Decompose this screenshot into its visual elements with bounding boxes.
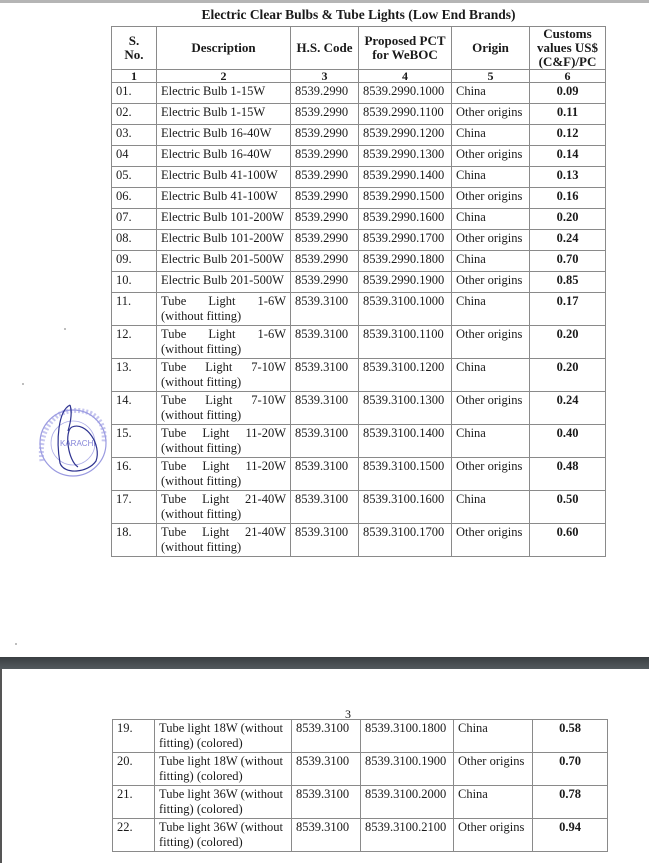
serial-number: 02. [112,104,157,125]
column-number: 4 [359,70,452,83]
customs-value: 0.50 [530,491,606,524]
proposed-pct: 8539.3100.1000 [359,293,452,326]
customs-value: 0.94 [533,819,608,852]
serial-number: 18. [112,524,157,557]
customs-value: 0.24 [530,230,606,251]
origin: China [452,293,530,326]
description-line: (without fitting) [161,408,241,422]
table-row: 21.Tube light 36W (withoutfitting) (colo… [113,786,608,819]
hs-code: 8539.3100 [291,458,359,491]
description-word: 1-6W [258,327,286,342]
description: TubeLight1-6W(without fitting) [157,293,291,326]
description: Electric Bulb 1-15W [157,104,291,125]
header-sno: S.No. [112,27,157,70]
proposed-pct: 8539.2990.1500 [359,188,452,209]
table-row: 16.TubeLight11-20W(without fitting)8539.… [112,458,606,491]
table-row: 07.Electric Bulb 101-200W8539.29908539.2… [112,209,606,230]
description: TubeLight1-6W(without fitting) [157,326,291,359]
customs-stamp-icon: KARACHI [28,401,118,481]
table-row: 15.TubeLight11-20W(without fitting)8539.… [112,425,606,458]
customs-value: 0.70 [530,251,606,272]
description-word: 7-10W [251,360,286,375]
hs-code: 8539.3100 [291,293,359,326]
serial-number: 06. [112,188,157,209]
origin: China [454,786,533,819]
hs-code: 8539.2990 [291,188,359,209]
hs-code: 8539.3100 [292,786,361,819]
description-line: (without fitting) [161,342,241,356]
description: Electric Bulb 1-15W [157,83,291,104]
description-word: Light [202,492,229,507]
customs-value: 0.78 [533,786,608,819]
origin: Other origins [452,458,530,491]
origin: China [452,209,530,230]
table-row: 04Electric Bulb 16-40W8539.29908539.2990… [112,146,606,167]
description-line: Tube light 36W (without [159,787,283,801]
description-word: Light [202,459,229,474]
customs-value: 0.70 [533,753,608,786]
customs-values-table-continued: 19.Tube light 18W (withoutfitting) (colo… [112,719,608,852]
proposed-pct: 8539.2990.1900 [359,272,452,293]
description-line: Tube light 36W (without [159,820,283,834]
description-word: 7-10W [251,393,286,408]
table-row: 05.Electric Bulb 41-100W8539.29908539.29… [112,167,606,188]
table-row: 10.Electric Bulb 201-500W8539.29908539.2… [112,272,606,293]
document-page-1: Electric Clear Bulbs & Tube Lights (Low … [0,0,649,657]
serial-number: 09. [112,251,157,272]
serial-number: 03. [112,125,157,146]
table-header-row: S.No. Description H.S. Code Proposed PCT… [112,27,606,70]
origin: China [452,359,530,392]
origin: Other origins [452,188,530,209]
table-row: 22.Tube light 36W (withoutfitting) (colo… [113,819,608,852]
serial-number: 20. [113,753,155,786]
description-word: Tube [161,294,186,309]
description-word: Light [208,294,235,309]
header-origin: Origin [452,27,530,70]
serial-number: 21. [113,786,155,819]
serial-number: 12. [112,326,157,359]
customs-value: 0.20 [530,209,606,230]
description-word: Tube [161,393,186,408]
description-line: (without fitting) [161,507,241,521]
origin: Other origins [452,146,530,167]
column-number: 1 [112,70,157,83]
description-word: Tube [161,327,186,342]
proposed-pct: 8539.3100.1100 [359,326,452,359]
hs-code: 8539.2990 [291,104,359,125]
origin: Other origins [452,326,530,359]
serial-number: 11. [112,293,157,326]
hs-code: 8539.2990 [291,230,359,251]
hs-code: 8539.2990 [291,146,359,167]
serial-number: 05. [112,167,157,188]
description-word: 11-20W [246,459,287,474]
hs-code: 8539.3100 [291,524,359,557]
serial-number: 13. [112,359,157,392]
proposed-pct: 8539.3100.2100 [361,819,454,852]
description-line: (without fitting) [161,309,241,323]
origin: China [452,167,530,188]
description: TubeLight11-20W(without fitting) [157,458,291,491]
customs-value: 0.12 [530,125,606,146]
description: Tube light 36W (withoutfitting) (colored… [155,819,292,852]
table-row: 12.TubeLight1-6W(without fitting)8539.31… [112,326,606,359]
description-word: Tube [161,492,186,507]
origin: Other origins [452,104,530,125]
proposed-pct: 8539.2990.1400 [359,167,452,188]
proposed-pct: 8539.3100.1200 [359,359,452,392]
origin: Other origins [452,524,530,557]
description: Electric Bulb 101-200W [157,209,291,230]
proposed-pct: 8539.2990.1300 [359,146,452,167]
origin: China [452,491,530,524]
origin: China [452,83,530,104]
serial-number: 14. [112,392,157,425]
origin: Other origins [454,753,533,786]
serial-number: 19. [113,720,155,753]
proposed-pct: 8539.3100.1600 [359,491,452,524]
origin: Other origins [454,819,533,852]
hs-code: 8539.3100 [292,819,361,852]
origin: China [452,125,530,146]
description-word: Tube [161,360,186,375]
proposed-pct: 8539.3100.1400 [359,425,452,458]
customs-value: 0.48 [530,458,606,491]
table-row: 14.TubeLight7-10W(without fitting)8539.3… [112,392,606,425]
description-line: (without fitting) [161,540,241,554]
serial-number: 10. [112,272,157,293]
description: Electric Bulb 201-500W [157,251,291,272]
proposed-pct: 8539.2990.1600 [359,209,452,230]
origin: China [452,251,530,272]
description-word: Tube [161,426,186,441]
column-number: 2 [157,70,291,83]
description-word: Light [205,360,232,375]
description: Electric Bulb 16-40W [157,146,291,167]
table-row: 06.Electric Bulb 41-100W8539.29908539.29… [112,188,606,209]
table-row: 01.Electric Bulb 1-15W8539.29908539.2990… [112,83,606,104]
hs-code: 8539.3100 [291,326,359,359]
proposed-pct: 8539.3100.2000 [361,786,454,819]
scan-speck [22,383,24,385]
customs-value: 0.60 [530,524,606,557]
table-row: 09.Electric Bulb 201-500W8539.29908539.2… [112,251,606,272]
description: TubeLight7-10W(without fitting) [157,392,291,425]
proposed-pct: 8539.2990.1100 [359,104,452,125]
customs-value: 0.09 [530,83,606,104]
table-row: 03.Electric Bulb 16-40W8539.29908539.299… [112,125,606,146]
serial-number: 04 [112,146,157,167]
table-row: 17.TubeLight21-40W(without fitting)8539.… [112,491,606,524]
description-line: Tube light 18W (without [159,754,283,768]
description: Electric Bulb 201-500W [157,272,291,293]
origin: Other origins [452,272,530,293]
serial-number: 08. [112,230,157,251]
customs-value: 0.11 [530,104,606,125]
column-number-row: 1 2 3 4 5 6 [112,70,606,83]
customs-values-table: S.No. Description H.S. Code Proposed PCT… [111,26,606,557]
hs-code: 8539.2990 [291,251,359,272]
description-line: fitting) (colored) [159,769,243,783]
hs-code: 8539.3100 [291,392,359,425]
customs-value: 0.58 [533,720,608,753]
proposed-pct: 8539.3100.1300 [359,392,452,425]
description: Tube light 18W (withoutfitting) (colored… [155,753,292,786]
proposed-pct: 8539.3100.1500 [359,458,452,491]
document-page-2: 3 19.Tube light 18W (withoutfitting) (co… [0,669,649,863]
description: TubeLight11-20W(without fitting) [157,425,291,458]
origin: China [452,425,530,458]
proposed-pct: 8539.2990.1000 [359,83,452,104]
scan-speck [15,643,17,645]
serial-number: 01. [112,83,157,104]
customs-value: 0.24 [530,392,606,425]
page-separator [0,657,649,669]
header-description: Description [157,27,291,70]
column-number: 3 [291,70,359,83]
origin: Other origins [452,230,530,251]
description-line: (without fitting) [161,375,241,389]
table-row: 20.Tube light 18W (withoutfitting) (colo… [113,753,608,786]
hs-code: 8539.2990 [291,125,359,146]
hs-code: 8539.3100 [292,753,361,786]
hs-code: 8539.2990 [291,83,359,104]
customs-value: 0.20 [530,326,606,359]
origin: Other origins [452,392,530,425]
description-word: Light [205,393,232,408]
hs-code: 8539.2990 [291,209,359,230]
description: TubeLight7-10W(without fitting) [157,359,291,392]
customs-value: 0.17 [530,293,606,326]
table-row: 13.TubeLight7-10W(without fitting)8539.3… [112,359,606,392]
hs-code: 8539.2990 [291,167,359,188]
table-row: 02.Electric Bulb 1-15W8539.29908539.2990… [112,104,606,125]
description-word: Light [202,426,229,441]
description-line: fitting) (colored) [159,802,243,816]
proposed-pct: 8539.2990.1800 [359,251,452,272]
header-proposed-pct: Proposed PCTfor WeBOC [359,27,452,70]
serial-number: 07. [112,209,157,230]
serial-number: 15. [112,425,157,458]
description: Electric Bulb 16-40W [157,125,291,146]
customs-value: 0.40 [530,425,606,458]
description-word: Light [208,327,235,342]
serial-number: 22. [113,819,155,852]
description-line: fitting) (colored) [159,835,243,849]
table-row: 11.TubeLight1-6W(without fitting)8539.31… [112,293,606,326]
customs-value: 0.14 [530,146,606,167]
hs-code: 8539.3100 [291,491,359,524]
serial-number: 16. [112,458,157,491]
column-number: 6 [530,70,606,83]
description-line: (without fitting) [161,441,241,455]
description-line: (without fitting) [161,474,241,488]
column-number: 5 [452,70,530,83]
serial-number: 17. [112,491,157,524]
description: Electric Bulb 41-100W [157,188,291,209]
table-row: 08.Electric Bulb 101-200W8539.29908539.2… [112,230,606,251]
proposed-pct: 8539.3100.1700 [359,524,452,557]
description-word: 11-20W [246,426,287,441]
description-word: Tube [161,525,186,540]
description: Tube light 36W (withoutfitting) (colored… [155,786,292,819]
description-line: Tube light 18W (without [159,721,283,735]
description: Tube light 18W (withoutfitting) (colored… [155,720,292,753]
proposed-pct: 8539.2990.1200 [359,125,452,146]
table-row: 19.Tube light 18W (withoutfitting) (colo… [113,720,608,753]
stamp-center-text: KARACHI [60,439,96,448]
description-line: fitting) (colored) [159,736,243,750]
document-title: Electric Clear Bulbs & Tube Lights (Low … [112,7,605,23]
proposed-pct: 8539.3100.1800 [361,720,454,753]
table-row: 18.TubeLight21-40W(without fitting)8539.… [112,524,606,557]
description-word: 1-6W [258,294,286,309]
origin: China [454,720,533,753]
customs-value: 0.13 [530,167,606,188]
hs-code: 8539.3100 [291,359,359,392]
hs-code: 8539.3100 [291,425,359,458]
description: Electric Bulb 101-200W [157,230,291,251]
description-word: 21-40W [245,492,286,507]
description-word: 21-40W [245,525,286,540]
header-hs-code: H.S. Code [291,27,359,70]
hs-code: 8539.3100 [292,720,361,753]
description-word: Light [202,525,229,540]
customs-value: 0.85 [530,272,606,293]
hs-code: 8539.2990 [291,272,359,293]
description-word: Tube [161,459,186,474]
description: TubeLight21-40W(without fitting) [157,491,291,524]
proposed-pct: 8539.2990.1700 [359,230,452,251]
description: TubeLight21-40W(without fitting) [157,524,291,557]
scan-speck [64,328,66,330]
customs-value: 0.16 [530,188,606,209]
customs-value: 0.20 [530,359,606,392]
proposed-pct: 8539.3100.1900 [361,753,454,786]
description: Electric Bulb 41-100W [157,167,291,188]
header-customs-value: Customsvalues US$(C&F)/PC [530,27,606,70]
